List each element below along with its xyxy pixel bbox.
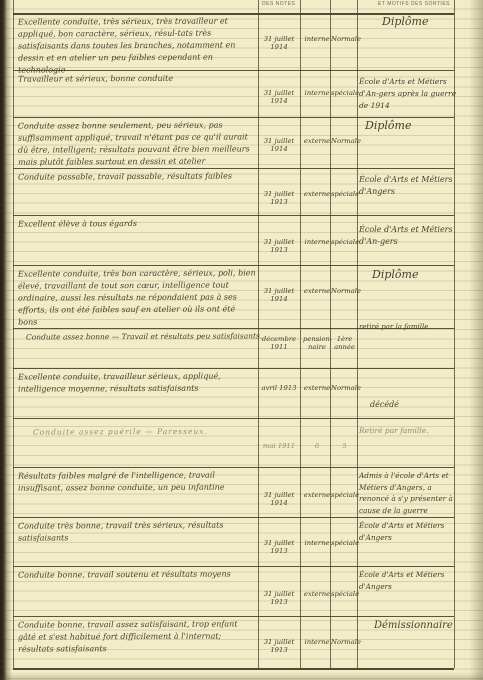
exit-date: 31 juillet 1913 [255, 539, 303, 555]
exit-note: École d'Arts et Métiers d'Angers [359, 569, 461, 593]
section-value: 5 [331, 442, 358, 450]
section-value: Normale [331, 638, 358, 646]
section-value: 1ère année [331, 335, 358, 351]
regime-value: interne [303, 539, 331, 547]
page-edge-right [469, 0, 483, 680]
table-row: Conduite assez puérile — Paresseux. mai … [13, 418, 454, 467]
exit-date: 31 juillet 1913 [255, 190, 303, 206]
header-notes-label: des notes [262, 1, 295, 7]
observation-text: Excellente conduite, très sérieux, très … [18, 15, 256, 77]
exit-date: 31 juillet 1914 [255, 137, 303, 153]
observation-text: Conduite passable, travail passable, rés… [18, 170, 256, 183]
section-value: spéciale [331, 190, 358, 198]
regime-value: externe [303, 590, 331, 598]
exit-note: Diplôme [365, 119, 467, 132]
exit-note: décédé [370, 399, 472, 411]
exit-date: 31 juillet 1914 [255, 89, 303, 105]
observation-text: Conduite assez bonne — Travail et résult… [26, 330, 264, 343]
table-row: Conduite très bonne, travail très sérieu… [13, 517, 454, 566]
section-value: spéciale [331, 539, 358, 547]
table-row: Résultats faibles malgré de l'intelligen… [13, 467, 454, 517]
observation-text: Conduite assez bonne seulement, peu séri… [18, 119, 256, 169]
exit-date: 31 juillet 1914 [255, 287, 303, 303]
exit-note: Démissionnaire [374, 620, 476, 632]
register-page: des notes et motifs des sorties Excellen… [0, 0, 483, 680]
observation-text: Conduite très bonne, travail très sérieu… [18, 519, 256, 544]
regime-value: pension-naire [303, 335, 331, 351]
binding-edge [0, 0, 12, 680]
regime-value: 6 [303, 442, 331, 450]
section-value: Normale [331, 137, 358, 145]
section-value: spéciale [331, 238, 358, 246]
exit-date: avril 1913 [255, 384, 303, 392]
regime-value: interne [303, 35, 331, 43]
table-row: Travailleur et sérieux, bonne conduite 3… [13, 70, 454, 117]
section-value: spéciale [331, 590, 358, 598]
table-row: Conduite passable, travail passable, rés… [13, 168, 454, 215]
exit-note: Diplôme [382, 15, 483, 28]
regime-value: interne [303, 238, 331, 246]
exit-date: 31 juillet 1914 [255, 35, 303, 51]
table-row: Conduite assez bonne seulement, peu séri… [13, 117, 454, 168]
observation-text: Conduite bonne, travail assez satisfaisa… [18, 618, 256, 656]
regime-value: externe [303, 287, 331, 295]
section-value: Normale [331, 287, 358, 295]
exit-date: mai 1911 [255, 442, 303, 450]
exit-note: École d'Arts et Métiers d'Angers [359, 174, 461, 198]
header-sorties-label: et motifs des sorties [378, 1, 450, 7]
exit-note: École d'Arts et Métiers d'An-gers [359, 224, 461, 248]
regime-value: externe [303, 137, 331, 145]
table-row: Excellente conduite, très sérieux, très … [13, 13, 454, 70]
exit-note: Retiré par famille. [359, 425, 461, 437]
observation-text: Conduite bonne, travail soutenu et résul… [18, 568, 256, 581]
table-row: Conduite bonne, travail assez satisfaisa… [13, 616, 454, 668]
table-row: Excellente conduite, travailleur sérieux… [13, 368, 454, 418]
observation-text: Conduite assez puérile — Paresseux. [33, 425, 271, 438]
exit-date: 31 juillet 1913 [255, 590, 303, 606]
regime-value: interne [303, 638, 331, 646]
exit-note: Diplôme [372, 268, 474, 281]
regime-value: externe [303, 384, 331, 392]
exit-date: décembre 1911 [255, 335, 303, 351]
observation-text: Excellent élève à tous égards [18, 217, 256, 230]
exit-date: 31 juillet 1913 [255, 638, 303, 654]
section-value: spéciale [331, 491, 358, 499]
observation-text: Résultats faibles malgré de l'intelligen… [18, 469, 256, 494]
table-row: Conduite assez bonne — Travail et résult… [13, 328, 454, 368]
exit-date: 31 juillet 1913 [255, 238, 303, 254]
table-bottom-border [13, 668, 454, 670]
exit-note: École d'Arts et Métiers d'An-gers après … [359, 76, 461, 112]
observation-text: Excellente conduite, travailleur sérieux… [18, 370, 256, 395]
exit-date: 31 juillet 1914 [255, 491, 303, 507]
section-value: Normale [331, 35, 358, 43]
regime-value: externe [303, 190, 331, 198]
section-value: Normale [331, 384, 358, 392]
observation-text: Excellente conduite, très bon caractère,… [18, 267, 256, 329]
table-row: Conduite bonne, travail soutenu et résul… [13, 566, 454, 616]
exit-note: Admis à l'école d'Arts et Métiers d'Ange… [359, 470, 461, 516]
regime-value: interne [303, 89, 331, 97]
regime-value: externe [303, 491, 331, 499]
table-row: Excellente conduite, très bon caractère,… [13, 265, 454, 328]
exit-note: retiré par la famille [359, 321, 461, 333]
page-edge-bottom [0, 672, 483, 680]
section-value: spéciale [331, 89, 358, 97]
exit-note: École d'Arts et Métiers d'Angers [359, 520, 461, 544]
observation-text: Travailleur et sérieux, bonne conduite [18, 72, 256, 85]
table-row: Excellent élève à tous égards 31 juillet… [13, 215, 454, 265]
